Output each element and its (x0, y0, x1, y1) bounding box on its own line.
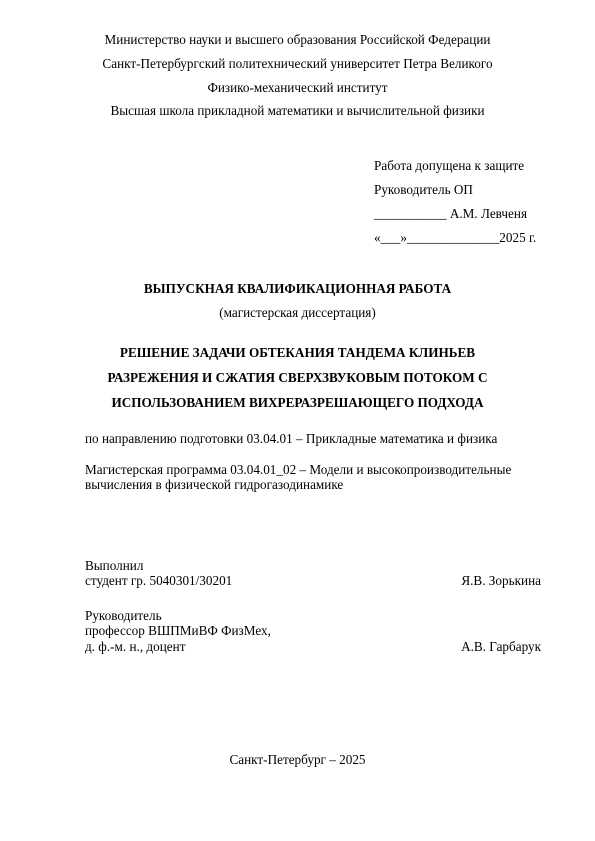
approval-head: Руководитель ОП (374, 183, 473, 196)
program-line-1: Магистерская программа 03.04.01_02 – Мод… (85, 463, 511, 476)
program-line-2: вычисления в физической гидрогазодинамик… (85, 478, 343, 491)
direction-text: по направлению подготовки 03.04.01 – При… (85, 432, 497, 445)
author-role: студент гр. 5040301/30201 (85, 574, 232, 587)
supervisor-degree: д. ф.-м. н., доцент (85, 640, 185, 653)
topic-line-2: РАЗРЕЖЕНИЯ И СЖАТИЯ СВЕРХЗВУКОВЫМ ПОТОКО… (0, 371, 595, 384)
topic-line-3: ИСПОЛЬЗОВАНИЕМ ВИХРЕРАЗРЕШАЮЩЕГО ПОДХОДА (0, 396, 595, 409)
footer-city-year: Санкт-Петербург – 2025 (0, 753, 595, 766)
header-university: Санкт-Петербургский политехнический унив… (0, 57, 595, 70)
header-school: Высшая школа прикладной математики и выч… (0, 104, 595, 117)
topic-line-1: РЕШЕНИЕ ЗАДАЧИ ОБТЕКАНИЯ ТАНДЕМА КЛИНЬЕВ (0, 346, 595, 359)
supervisor-name: А.В. Гарбарук (461, 640, 541, 653)
supervisor-position: профессор ВШПМиВФ ФизМех, (85, 624, 271, 637)
approval-admitted: Работа допущена к защите (374, 159, 524, 172)
header-ministry: Министерство науки и высшего образования… (0, 33, 595, 46)
approval-date: «___»______________2025 г. (374, 231, 536, 244)
supervisor-label: Руководитель (85, 609, 162, 622)
header-institute: Физико-механический институт (0, 81, 595, 94)
work-type-title: ВЫПУСКНАЯ КВАЛИФИКАЦИОННАЯ РАБОТА (0, 282, 595, 295)
work-subtitle: (магистерская диссертация) (0, 306, 595, 319)
approval-signature: ___________ А.М. Левченя (374, 207, 527, 220)
author-label: Выполнил (85, 559, 143, 572)
author-name: Я.В. Зорькина (461, 574, 541, 587)
